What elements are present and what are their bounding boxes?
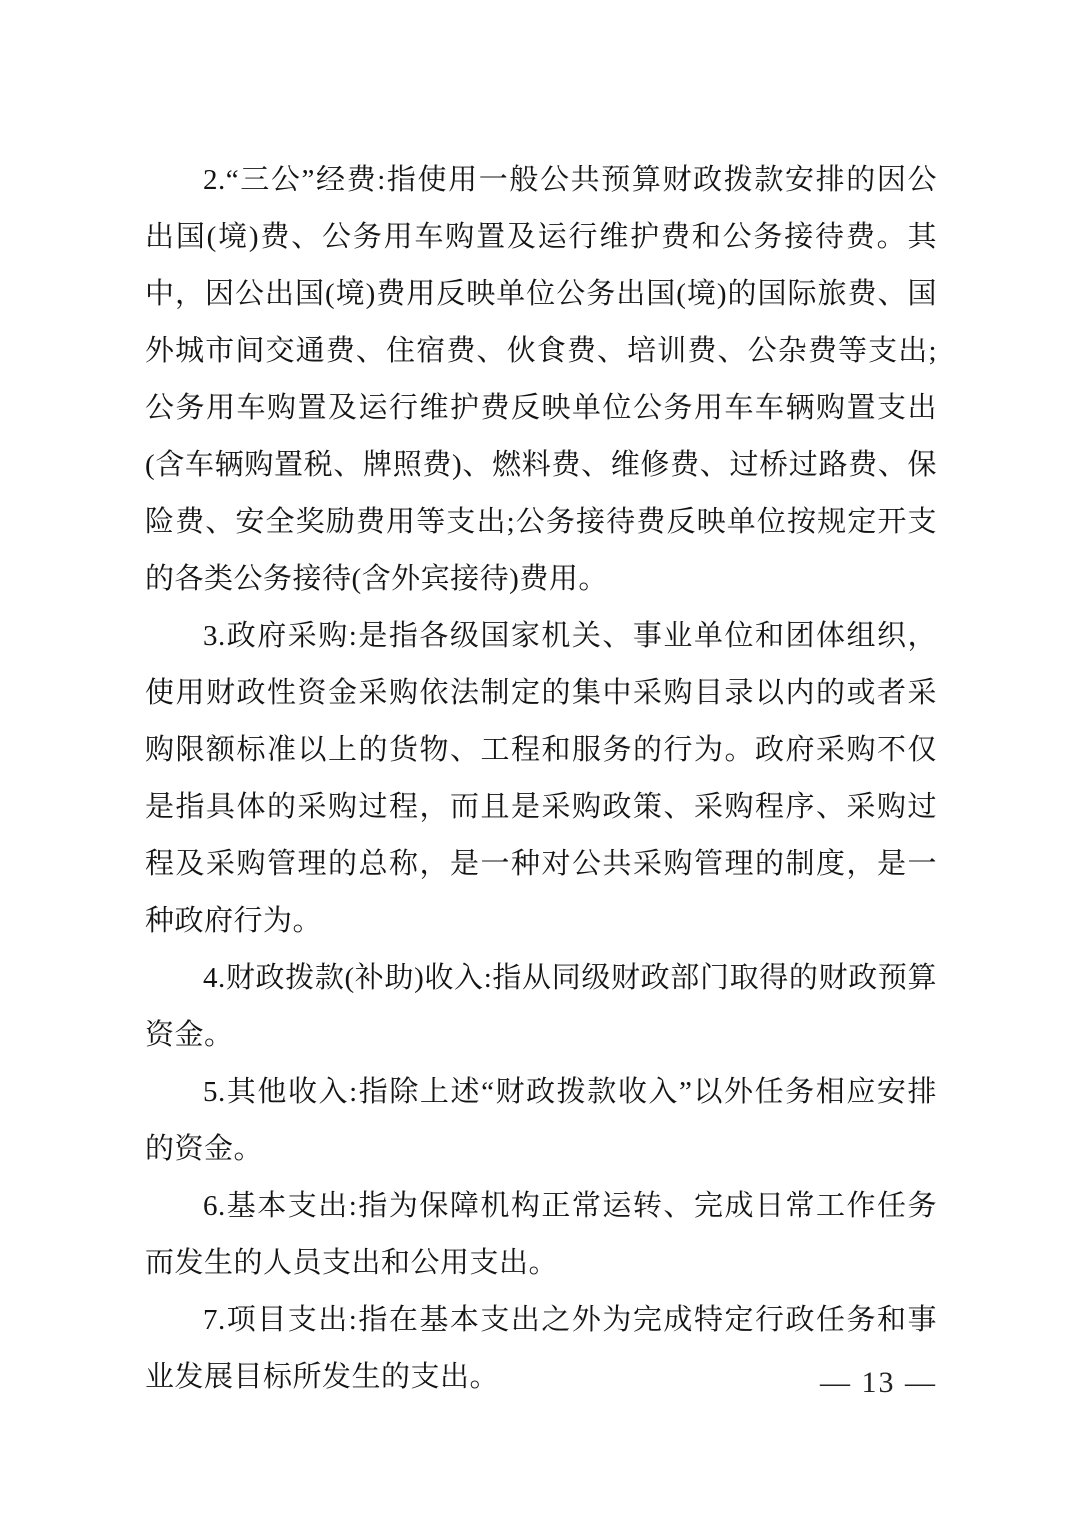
document-body: 2.“三公”经费:指使用一般公共预算财政拨款安排的因公出国(境)费、公务用车购置… bbox=[145, 152, 937, 1406]
paragraph-fiscal-appropriation-income: 4.财政拨款(补助)收入:指从同级财政部门取得的财政预算资金。 bbox=[145, 950, 937, 1064]
paragraph-basic-expenditure: 6.基本支出:指为保障机构正常运转、完成日常工作任务而发生的人员支出和公用支出。 bbox=[145, 1178, 937, 1292]
paragraph-other-income: 5.其他收入:指除上述“财政拨款收入”以外任务相应安排的资金。 bbox=[145, 1064, 937, 1178]
paragraph-project-expenditure: 7.项目支出:指在基本支出之外为完成特定行政任务和事业发展目标所发生的支出。 bbox=[145, 1292, 937, 1406]
paragraph-sangong-funds: 2.“三公”经费:指使用一般公共预算财政拨款安排的因公出国(境)费、公务用车购置… bbox=[145, 152, 937, 608]
document-page: 2.“三公”经费:指使用一般公共预算财政拨款安排的因公出国(境)费、公务用车购置… bbox=[0, 0, 1074, 1520]
paragraph-government-procurement: 3.政府采购:是指各级国家机关、事业单位和团体组织，使用财政性资金采购依法制定的… bbox=[145, 608, 937, 950]
page-number: — 13 — bbox=[820, 1366, 937, 1400]
